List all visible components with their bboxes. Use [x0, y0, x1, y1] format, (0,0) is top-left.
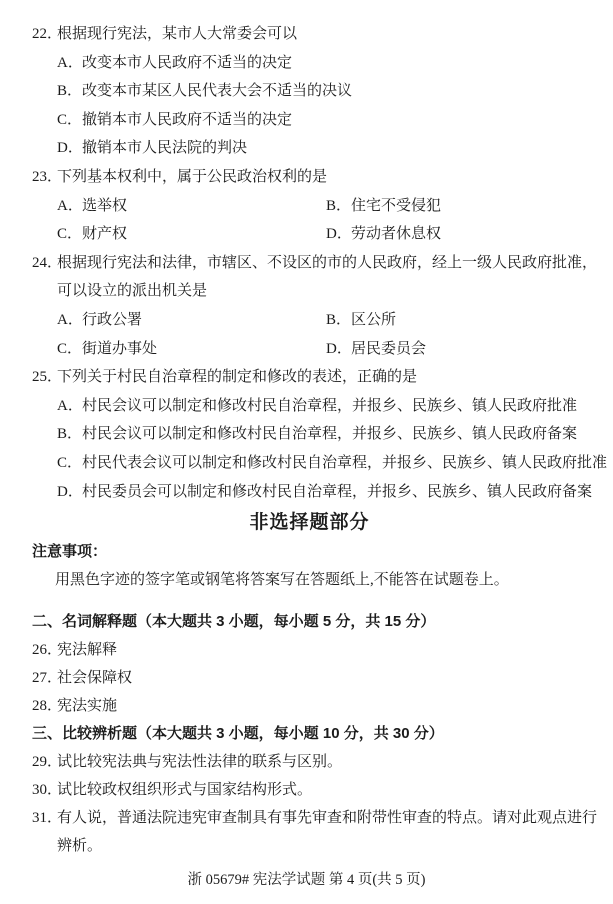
option-label: B．	[326, 192, 351, 221]
option-24-c: C．街道办事处	[57, 335, 326, 364]
exam-paper-page: 22．根据现行宪法，某市人大常委会可以 A．改变本市人民政府不适当的决定 B．改…	[0, 0, 613, 904]
option-label: C．	[57, 449, 82, 478]
item-number: 26．	[32, 636, 57, 664]
option-25-a: A．村民会议可以制定和修改村民自治章程，并报乡、民族乡、镇人民政府批准	[57, 392, 587, 421]
item-text: 有人说，普通法院违宪审查制具有事先审查和附带性审查的特点。请对此观点进行	[57, 810, 597, 826]
page-content: 22．根据现行宪法，某市人大常委会可以 A．改变本市人民政府不适当的决定 B．改…	[0, 0, 613, 860]
option-23-c: C．财产权	[57, 220, 326, 249]
option-label: B．	[57, 77, 82, 106]
option-23-a: A．选举权	[57, 192, 326, 221]
item-number: 31．	[32, 804, 57, 832]
item-text: 社会保障权	[57, 670, 132, 686]
item-text: 试比较宪法典与宪法性法律的联系与区别。	[57, 754, 342, 770]
option-text: 劳动者休息权	[351, 226, 441, 242]
item-number: 30．	[32, 776, 57, 804]
option-label: B．	[57, 420, 82, 449]
page-footer: 浙 05679# 宪法学试题 第 4 页(共 5 页)	[0, 870, 613, 890]
question-stem-line: 22．根据现行宪法，某市人大常委会可以	[32, 20, 587, 49]
item-29: 29．试比较宪法典与宪法性法律的联系与区别。	[32, 748, 587, 776]
option-label: C．	[57, 220, 82, 249]
option-22-c: C．撤销本市人民政府不适当的决定	[57, 106, 587, 135]
option-text: 居民委员会	[351, 341, 426, 357]
option-24-d: D．居民委员会	[326, 335, 587, 364]
section-3-comparison: 三、比较辨析题（本大题共 3 小题，每小题 10 分，共 30 分） 29．试比…	[32, 720, 587, 860]
option-text: 改变本市人民政府不适当的决定	[82, 55, 292, 71]
option-label: B．	[326, 306, 351, 335]
item-number: 29．	[32, 748, 57, 776]
option-text: 村民会议可以制定和修改村民自治章程，并报乡、民族乡、镇人民政府备案	[82, 426, 577, 442]
option-25-d: D．村民委员会可以制定和修改村民自治章程，并报乡、民族乡、镇人民政府备案	[57, 478, 587, 507]
option-label: C．	[57, 335, 82, 364]
item-30: 30．试比较政权组织形式与国家结构形式。	[32, 776, 587, 804]
option-24-a: A．行政公署	[57, 306, 326, 335]
question-number: 22．	[32, 20, 57, 49]
option-25-b: B．村民会议可以制定和修改村民自治章程，并报乡、民族乡、镇人民政府备案	[57, 420, 587, 449]
option-text: 村民委员会可以制定和修改村民自治章程，并报乡、民族乡、镇人民政府备案	[82, 484, 592, 500]
notes-block: 注意事项： 用黑色字迹的签字笔或钢笔将答案写在答题纸上,不能答在试题卷上。	[32, 538, 587, 594]
question-stem: 根据现行宪法和法律，市辖区、不设区的市的人民政府，经上一级人民政府批准，	[57, 255, 597, 271]
section-2-heading: 二、名词解释题（本大题共 3 小题，每小题 5 分，共 15 分）	[32, 608, 587, 636]
item-27: 27．社会保障权	[32, 664, 587, 692]
option-24-b: B．区公所	[326, 306, 587, 335]
question-22: 22．根据现行宪法，某市人大常委会可以 A．改变本市人民政府不适当的决定 B．改…	[32, 20, 587, 163]
option-label: D．	[326, 220, 351, 249]
option-text: 街道办事处	[82, 341, 157, 357]
option-25-c: C．村民代表会议可以制定和修改村民自治章程，并报乡、民族乡、镇人民政府批准	[57, 449, 587, 478]
option-text: 区公所	[351, 312, 396, 328]
item-text: 宪法实施	[57, 698, 117, 714]
notes-heading-line: 注意事项：	[32, 538, 587, 566]
option-text: 改变本市某区人民代表大会不适当的决议	[82, 83, 352, 99]
question-stem-line: 23．下列基本权利中，属于公民政治权利的是	[32, 163, 587, 192]
question-23: 23．下列基本权利中，属于公民政治权利的是 A．选举权 B．住宅不受侵犯 C．财…	[32, 163, 587, 249]
option-text: 村民会议可以制定和修改村民自治章程，并报乡、民族乡、镇人民政府批准	[82, 398, 577, 414]
item-26: 26．宪法解释	[32, 636, 587, 664]
question-stem-line: 24．根据现行宪法和法律，市辖区、不设区的市的人民政府，经上一级人民政府批准，	[32, 249, 587, 278]
option-label: A．	[57, 392, 82, 421]
item-text: 宪法解释	[57, 642, 117, 658]
section-title-non-choice: 非选择题部分	[32, 508, 587, 538]
notes-heading: 注意事项：	[32, 543, 107, 560]
option-text: 选举权	[82, 198, 127, 214]
question-stem: 根据现行宪法，某市人大常委会可以	[57, 26, 297, 42]
question-number: 23．	[32, 163, 57, 192]
item-number: 27．	[32, 664, 57, 692]
question-number: 24．	[32, 249, 57, 278]
option-22-d: D．撤销本市人民法院的判决	[57, 134, 587, 163]
option-label: D．	[57, 478, 82, 507]
option-label: C．	[57, 106, 82, 135]
option-text: 撤销本市人民法院的判决	[82, 140, 247, 156]
options-grid: A．行政公署 B．区公所 C．街道办事处 D．居民委员会	[57, 306, 587, 363]
option-label: D．	[57, 134, 82, 163]
options-grid: A．选举权 B．住宅不受侵犯 C．财产权 D．劳动者休息权	[57, 192, 587, 249]
item-28: 28．宪法实施	[32, 692, 587, 720]
option-text: 撤销本市人民政府不适当的决定	[82, 112, 292, 128]
question-25: 25．下列关于村民自治章程的制定和修改的表述，正确的是 A．村民会议可以制定和修…	[32, 363, 587, 506]
item-31: 31．有人说，普通法院违宪审查制具有事先审查和附带性审查的特点。请对此观点进行	[32, 804, 587, 832]
option-22-a: A．改变本市人民政府不适当的决定	[57, 49, 587, 78]
option-22-b: B．改变本市某区人民代表大会不适当的决议	[57, 77, 587, 106]
item-31-continuation: 辨析。	[57, 832, 587, 860]
question-stem-continuation: 可以设立的派出机关是	[57, 277, 587, 306]
item-text: 试比较政权组织形式与国家结构形式。	[57, 782, 312, 798]
question-stem-line: 25．下列关于村民自治章程的制定和修改的表述，正确的是	[32, 363, 587, 392]
option-text: 村民代表会议可以制定和修改村民自治章程，并报乡、民族乡、镇人民政府批准	[82, 455, 607, 471]
option-label: A．	[57, 306, 82, 335]
item-number: 28．	[32, 692, 57, 720]
question-stem: 下列基本权利中，属于公民政治权利的是	[57, 169, 327, 185]
question-stem: 下列关于村民自治章程的制定和修改的表述，正确的是	[57, 369, 417, 385]
option-label: A．	[57, 49, 82, 78]
option-label: A．	[57, 192, 82, 221]
option-23-d: D．劳动者休息权	[326, 220, 587, 249]
notes-body: 用黑色字迹的签字笔或钢笔将答案写在答题纸上,不能答在试题卷上。	[55, 566, 587, 594]
section-2-terms: 二、名词解释题（本大题共 3 小题，每小题 5 分，共 15 分） 26．宪法解…	[32, 608, 587, 720]
option-text: 住宅不受侵犯	[351, 198, 441, 214]
section-3-heading: 三、比较辨析题（本大题共 3 小题，每小题 10 分，共 30 分）	[32, 720, 587, 748]
option-text: 财产权	[82, 226, 127, 242]
question-24: 24．根据现行宪法和法律，市辖区、不设区的市的人民政府，经上一级人民政府批准， …	[32, 249, 587, 363]
option-label: D．	[326, 335, 351, 364]
question-number: 25．	[32, 363, 57, 392]
option-23-b: B．住宅不受侵犯	[326, 192, 587, 221]
option-text: 行政公署	[82, 312, 142, 328]
